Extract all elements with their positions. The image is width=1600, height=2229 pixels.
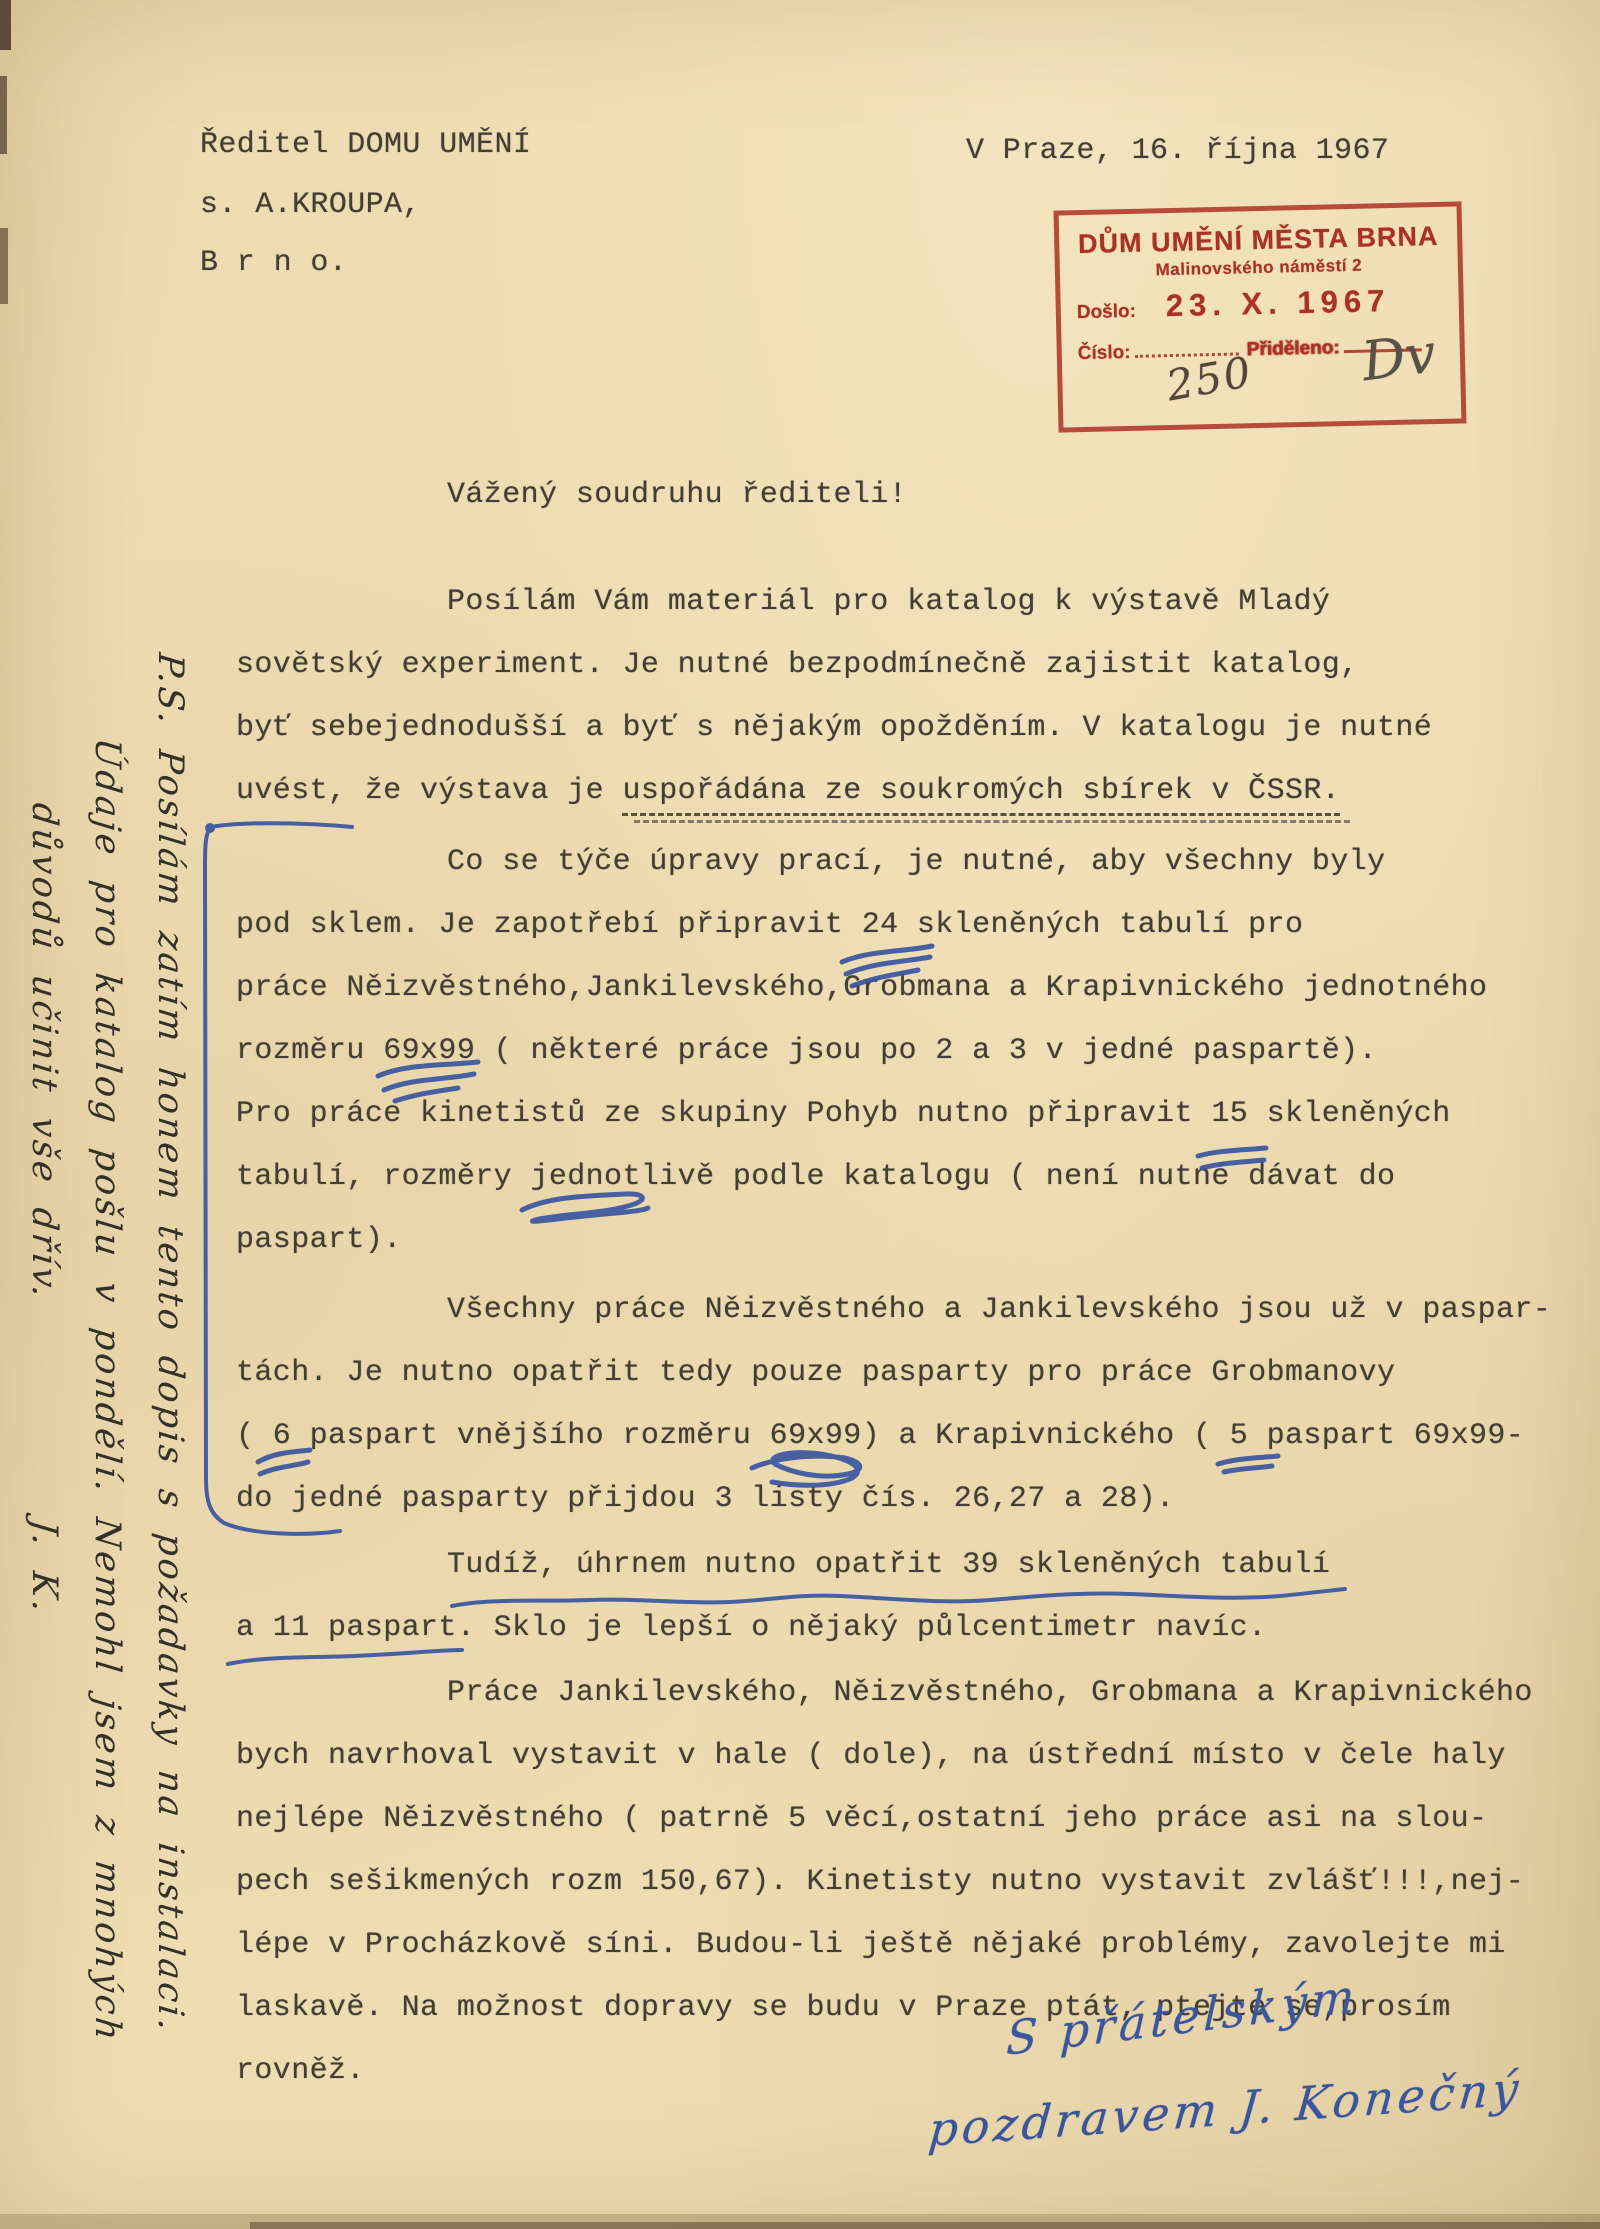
margin-note-line: důvodů učinit vše dřív.J. K.	[1, 649, 64, 2156]
typed-line: a 11 paspart. Sklo je lepší o nějaký půl…	[236, 1611, 1267, 1645]
underline-jednotlive	[522, 1194, 648, 1221]
typed-line: lépe v Procházkově síni. Budou-li ještě …	[236, 1928, 1506, 1962]
typed-line: pech sešikmených rozm 150,67). Kinetisty…	[236, 1865, 1524, 1899]
typed-line: ( 6 paspart vnějšího rozměru 69x99) a Kr…	[236, 1419, 1524, 1453]
typed-line: rozměru 69x99 ( některé práce jsou po 2 …	[236, 1034, 1377, 1068]
typed-line: nejlépe Něizvěstného ( patrně 5 věcí,ost…	[236, 1802, 1487, 1836]
typed-line: pod sklem. Je zapotřebí připravit 24 skl…	[236, 908, 1303, 942]
typed-line: uvést, že výstava je uspořádána ze soukr…	[236, 774, 1340, 808]
typed-segment: uvést, že výstava je	[236, 774, 622, 808]
margin-note-line: P.S. Posílám zatím honem tento dopis s p…	[127, 649, 190, 2156]
typed-line: paspart).	[236, 1223, 402, 1257]
dateline: V Praze, 16. října 1967	[966, 134, 1389, 168]
typed-line: do jedné pasparty přijdou 3 listy čís. 2…	[236, 1482, 1175, 1516]
typed-line: tách. Je nutno opatřit tedy pouze paspar…	[236, 1356, 1395, 1390]
sender-line: s. A.KROUPA,	[200, 188, 421, 222]
typed-line: Co se týče úpravy prací, je nutné, aby v…	[447, 845, 1386, 879]
underline-5	[1218, 1456, 1278, 1472]
underline-tudiz-line	[452, 1589, 1345, 1606]
underline-69x99-2	[752, 1453, 860, 1486]
typed-line: práce Něizvěstného,Jankilevského,Grobman…	[236, 971, 1487, 1005]
margin-note: P.S. Posílám zatím honem tento dopis s p…	[0, 652, 190, 2152]
typed-line: Všechny práce Něizvěstného a Jankilevské…	[447, 1293, 1551, 1327]
margin-note-initials: J. K.	[24, 1518, 64, 1617]
scan-edge-mark	[0, 0, 11, 50]
salutation-line: Vážený soudruhu řediteli!	[447, 478, 907, 512]
stamp-number-label: Číslo:	[1078, 342, 1131, 365]
underline-11-paspart	[228, 1650, 462, 1664]
sender-line: B r n o.	[200, 246, 347, 280]
bracket-ink-blob	[205, 823, 215, 833]
stamp-received-row: Došlo: 23. X. 1967	[1060, 281, 1459, 326]
underline-6	[258, 1450, 310, 1474]
scan-edge-line	[250, 2222, 1600, 2229]
typed-line: byť sebejednodušší a byť s nějakým opožd…	[236, 711, 1432, 745]
receipt-stamp: DŮM UMĚNÍ MĚSTA BRNA Malinovského náměst…	[1054, 201, 1467, 432]
scanned-letter-page: Ředitel DOMU UMĚNÍ s. A.KROUPA, B r n o.…	[0, 0, 1600, 2229]
handwritten-initials-assigned: Dv	[1358, 321, 1439, 393]
margin-note-line: Údaje pro katalog pošlu v pondělí. Nemoh…	[64, 649, 127, 2156]
typed-line: Tudíž, úhrnem nutno opatřit 39 skleněnýc…	[447, 1548, 1330, 1582]
stamp-received-date: 23. X. 1967	[1165, 283, 1390, 324]
typed-line: Práce Jankilevského, Něizvěstného, Grobm…	[447, 1676, 1533, 1710]
typed-line: Pro práce kinetistů ze skupiny Pohyb nut…	[236, 1097, 1451, 1131]
typed-line: rovněž.	[236, 2054, 365, 2088]
typed-line: sovětský experiment. Je nutné bezpodmíne…	[236, 648, 1359, 682]
scan-edge-mark	[0, 228, 8, 304]
scan-edge-mark	[0, 76, 7, 154]
sender-line: Ředitel DOMU UMĚNÍ	[200, 128, 531, 162]
typed-line: Posílám Vám materiál pro katalog k výsta…	[447, 585, 1330, 619]
signature-line: S přátelským	[1005, 1968, 1359, 2066]
stamp-received-label: Došlo:	[1077, 301, 1137, 324]
typed-line: tabulí, rozměry jednotlivě podle katalog…	[236, 1160, 1395, 1194]
signature-line: pozdravem J. Konečný	[926, 2061, 1524, 2157]
typed-underlined-segment: uspořádána ze soukromých sbírek v ČSSR.	[622, 774, 1340, 816]
typed-line: bych navrhoval vystavit v hale ( dole), …	[236, 1739, 1506, 1773]
margin-note-text: důvodů učinit vše dřív.	[24, 801, 64, 1302]
stamp-assigned-label: Přiděleno:	[1246, 337, 1339, 361]
